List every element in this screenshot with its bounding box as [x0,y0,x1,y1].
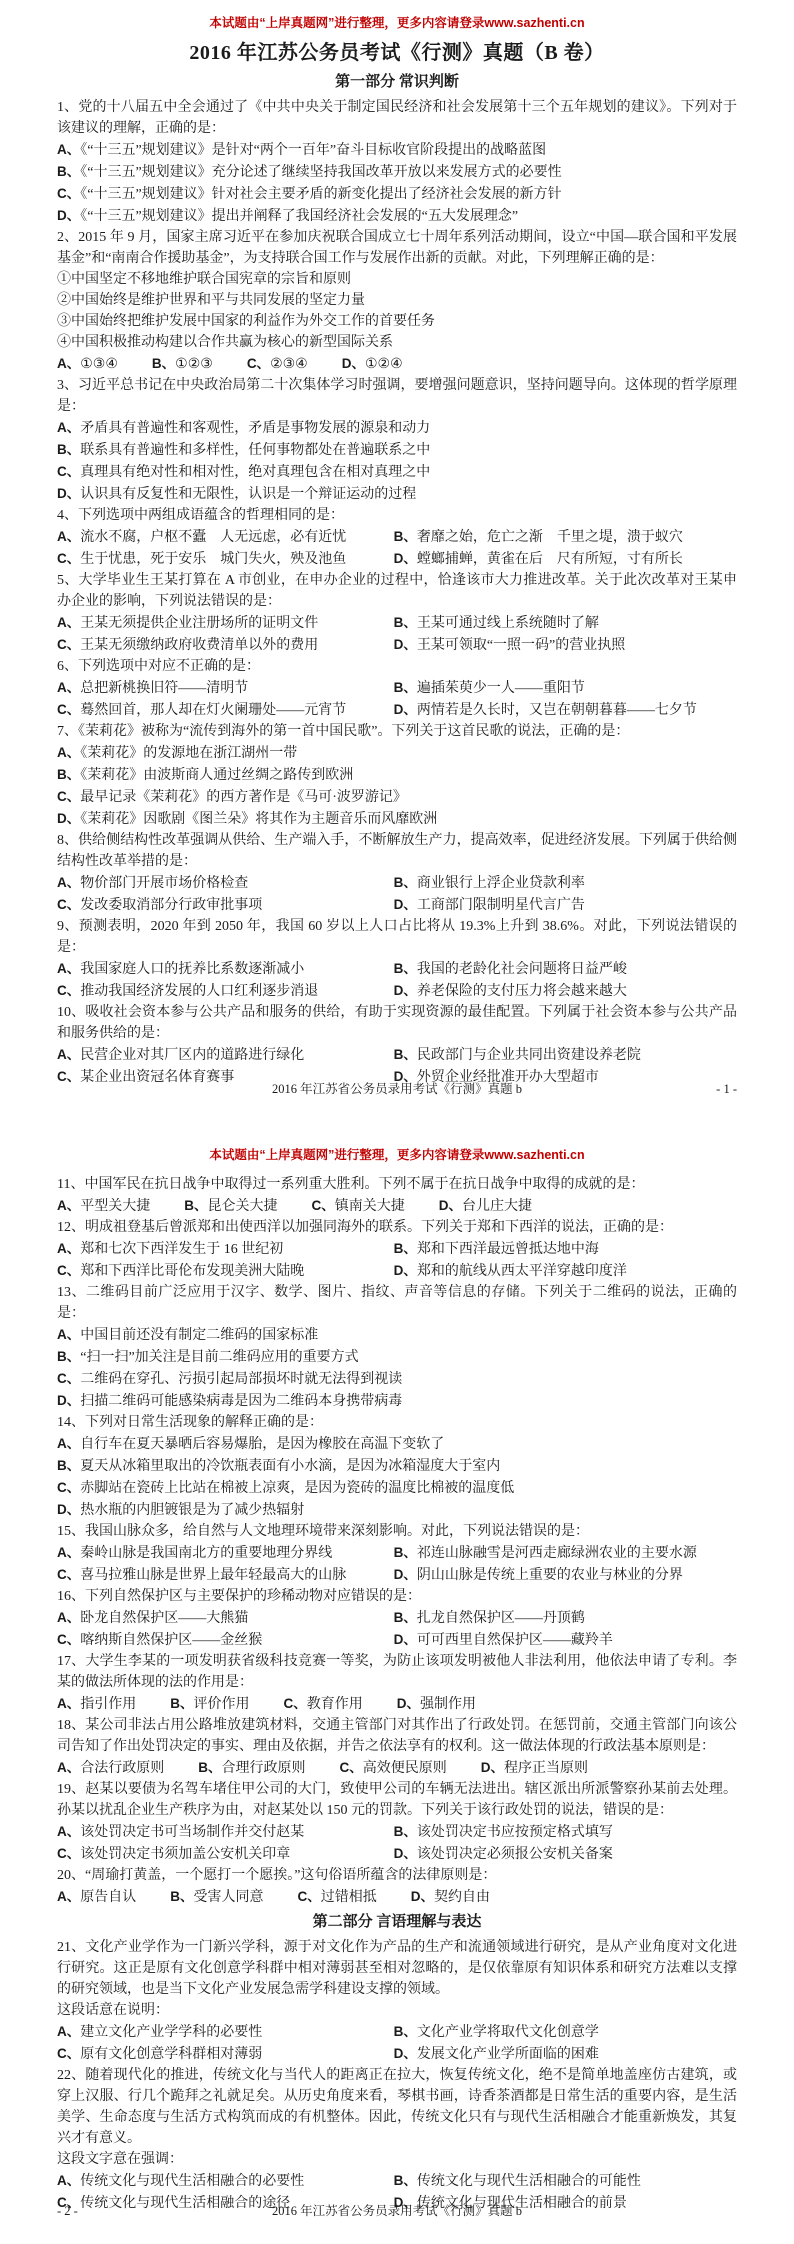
option-text: 传统文化与现代生活相融合的可能性 [417,2174,641,2189]
option-A: A、传统文化与现代生活相融合的必要性 [57,2170,394,2192]
option-B: B、民政部门与企业共同出资建设养老院 [394,1044,737,1066]
option-C: C、最早记录《茉莉花》的西方著作是《马可·波罗游记》 [57,786,737,808]
option-B: B、①②③ [152,353,213,375]
option-label: C、 [57,1263,80,1278]
question-9: 9、预测表明，2020 年到 2050 年，我国 60 岁以上人口占比将从 19… [57,916,737,1002]
question-15: 15、我国山脉众多，给自然与人文地理环境带来深刻影响。对此，下列说法错误的是：A… [57,1521,737,1586]
option-label: A、 [57,356,80,371]
option-label: B、 [394,680,417,695]
option-label: D、 [57,208,80,223]
options: A、《茉莉花》的发源地在浙江湖州一带B、《茉莉花》由波斯商人通过丝绸之路传到欧洲… [57,742,737,830]
option-label: D、 [394,1263,417,1278]
option-label: B、 [57,1349,80,1364]
option-A: A、《茉莉花》的发源地在浙江湖州一带 [57,742,737,764]
question-21: 21、文化产业学作为一门新兴学科，源于对文化作为产品的生产和流通领域进行研究，是… [57,1937,737,2065]
option-text: 教育作用 [307,1697,363,1712]
option-label: A、 [57,1047,80,1062]
option-label: A、 [57,1696,80,1711]
option-B: B、扎龙自然保护区——丹顶鹤 [394,1607,737,1629]
option-text: 过错相抵 [321,1890,377,1905]
option-text: 养老保险的支付压力将会越来越大 [417,984,627,999]
option-C: C、原有文化创意学科群相对薄弱 [57,2043,394,2065]
option-text: 卧龙自然保护区——大熊猫 [80,1611,248,1626]
option-label: B、 [57,767,80,782]
question-stem: 22、随着现代化的推进，传统文化与当代人的距离正在拉大，恢复传统文化，绝不是简单… [57,2065,737,2149]
options: A、中国目前还没有制定二维码的国家标准B、“扫一扫”加关注是目前二维码应用的重要… [57,1324,737,1412]
option-A: A、秦岭山脉是我国南北方的重要地理分界线 [57,1542,394,1564]
option-text: 《“十三五”规划建议》是针对“两个一百年”奋斗目标收官阶段提出的战略蓝图 [80,143,546,158]
option-A: A、自行车在夏天暴晒后容易爆胎，是因为橡胶在高温下变软了 [57,1433,737,1455]
option-D: D、台儿庄大捷 [439,1195,532,1217]
question-stem: 18、某公司非法占用公路堆放建筑材料，交通主管部门对其作出了行政处罚。在惩罚前，… [57,1715,737,1757]
option-B: B、评价作用 [170,1693,249,1715]
option-C: C、喀纳斯自然保护区——金丝猴 [57,1629,394,1651]
option-text: 台儿庄大捷 [462,1199,532,1214]
option-D: D、养老保险的支付压力将会越来越大 [394,980,737,1002]
option-text: 遍插茱萸少一人——重阳节 [417,681,585,696]
option-text: 秦岭山脉是我国南北方的重要地理分界线 [80,1546,332,1561]
option-label: C、 [57,637,80,652]
option-text: 两情若是久长时，又岂在朝朝暮暮——七夕节 [417,703,697,718]
document-title: 2016 年江苏公务员考试《行测》真题（B 卷） [57,38,737,68]
option-label: C、 [57,464,80,479]
option-label: B、 [184,1198,207,1213]
option-text: 商业银行上浮企业贷款利率 [417,876,585,891]
option-label: C、 [247,356,270,371]
options: A、原告自认B、受害人同意C、过错相抵D、契约自由 [57,1886,737,1908]
option-D: D、认识具有反复性和无限性，认识是一个辩证运动的过程 [57,483,737,505]
question-5: 5、大学毕业生王某打算在 A 市创业，在申办企业的过程中，恰逢该市大力推进改革。… [57,570,737,656]
statement-item: ③中国始终把维护发展中国家的利益作为外交工作的首要任务 [57,311,737,332]
option-C: C、镇南关大捷 [312,1195,405,1217]
option-text: 发展文化产业学所面临的困难 [417,2047,599,2062]
option-label: C、 [57,2046,80,2061]
footer-page-number: - 2 - [57,2203,78,2220]
option-text: 民政部门与企业共同出资建设养老院 [417,1048,641,1063]
option-text: 合理行政原则 [222,1761,306,1776]
statement-item: ④中国积极推动构建以合作共赢为核心的新型国际关系 [57,332,737,353]
option-text: 昆仑关大捷 [208,1199,278,1214]
exam-document: 本试题由“上岸真题网”进行整理，更多内容请登录www.sazhenti.cn 2… [0,0,794,2244]
option-text: 我国家庭人口的抚养比系数逐渐减小 [80,962,304,977]
option-label: A、 [57,1889,80,1904]
option-D: D、王某可领取“一照一码”的营业执照 [394,634,737,656]
option-label: B、 [394,1610,417,1625]
option-label: B、 [170,1889,193,1904]
option-C: C、喜马拉雅山脉是世界上最年轻最高大的山脉 [57,1564,394,1586]
footer-document-title: 2016 年江苏省公务员录用考试《行测》真题 b [272,2203,522,2220]
option-label: B、 [152,356,175,371]
option-C: C、二维码在穿孔、污损引起局部损坏时就无法得到视读 [57,1368,737,1390]
option-label: A、 [57,875,80,890]
option-C: C、该处罚决定书须加盖公安机关印章 [57,1843,394,1865]
question-stem: 6、下列选项中对应不正确的是： [57,656,737,677]
option-text: 该处罚决定书须加盖公安机关印章 [80,1847,290,1862]
option-text: ②③④ [270,357,308,372]
option-label: C、 [57,1371,80,1386]
option-A: A、平型关大捷 [57,1195,150,1217]
option-C: C、生于忧患，死于安乐 城门失火，殃及池鱼 [57,548,394,570]
option-text: 最早记录《茉莉花》的西方著作是《马可·波罗游记》 [80,790,407,805]
option-A: A、我国家庭人口的抚养比系数逐渐减小 [57,958,394,980]
option-B: B、奢靡之始，危亡之渐 千里之堤，溃于蚁穴 [394,526,737,548]
option-A: A、王某无须提供企业注册场所的证明文件 [57,612,394,634]
option-text: 二维码在穿孔、污损引起局部损坏时就无法得到视读 [80,1372,402,1387]
option-text: 郑和下西洋比哥伦布发现美洲大陆晚 [80,1264,304,1279]
question-3: 3、习近平总书记在中央政治局第二十次集体学习时强调，要增强问题意识，坚持问题导向… [57,375,737,505]
option-text: 自行车在夏天暴晒后容易爆胎，是因为橡胶在高温下变软了 [80,1437,444,1452]
options: A、王某无须提供企业注册场所的证明文件B、王某可通过线上系统随时了解C、王某无须… [57,612,737,656]
question-lead-in: 这段文字意在强调： [57,2149,737,2170]
option-D: D、强制作用 [397,1693,476,1715]
option-text: 推动我国经济发展的人口红利逐步消退 [80,984,318,999]
option-text: 《茉莉花》由波斯商人通过丝绸之路传到欧洲 [80,768,353,783]
option-label: B、 [394,1047,417,1062]
option-text: 程序正当原则 [504,1761,588,1776]
options: A、秦岭山脉是我国南北方的重要地理分界线B、祁连山脉融雪是河西走廊绿洲农业的主要… [57,1542,737,1586]
option-D: D、程序正当原则 [481,1757,588,1779]
option-label: A、 [57,1327,80,1342]
option-label: C、 [57,551,80,566]
option-label: B、 [57,164,80,179]
option-text: “扫一扫”加关注是目前二维码应用的重要方式 [80,1350,358,1365]
question-stem: 14、下列对日常生活现象的解释正确的是： [57,1412,737,1433]
page-1-footer: 2016 年江苏省公务员录用考试《行测》真题 b - 1 - [57,1081,737,1098]
option-label: D、 [394,702,417,717]
option-text: 阴山山脉是传统上重要的农业与林业的分界 [417,1568,683,1583]
option-A: A、总把新桃换旧符——清明节 [57,677,394,699]
option-text: 认识具有反复性和无限性，认识是一个辩证运动的过程 [80,487,416,502]
option-text: 总把新桃换旧符——清明节 [80,681,248,696]
option-B: B、郑和下西洋最远曾抵达地中海 [394,1238,737,1260]
option-label: B、 [394,875,417,890]
option-text: 扫描二维码可能感染病毒是因为二维码本身携带病毒 [80,1394,402,1409]
option-label: D、 [411,1889,434,1904]
option-B: B、受害人同意 [170,1886,263,1908]
option-D: D、契约自由 [411,1886,490,1908]
option-C: C、真理具有绝对性和相对性，绝对真理包含在相对真理之中 [57,461,737,483]
options: A、物价部门开展市场价格检查B、商业银行上浮企业贷款利率C、发改委取消部分行政审… [57,872,737,916]
option-B: B、“扫一扫”加关注是目前二维码应用的重要方式 [57,1346,737,1368]
option-label: A、 [57,529,80,544]
option-D: D、工商部门限制明星代言广告 [394,894,737,916]
option-label: A、 [57,1824,80,1839]
option-D: D、两情若是久长时，又岂在朝朝暮暮——七夕节 [394,699,737,721]
option-A: A、郑和七次下西洋发生于 16 世纪初 [57,1238,394,1260]
question-stem: 15、我国山脉众多，给自然与人文地理环境带来深刻影响。对此，下列说法错误的是： [57,1521,737,1542]
question-stem: 3、习近平总书记在中央政治局第二十次集体学习时强调，要增强问题意识，坚持问题导向… [57,375,737,417]
question-18: 18、某公司非法占用公路堆放建筑材料，交通主管部门对其作出了行政处罚。在惩罚前，… [57,1715,737,1779]
option-text: 王某可领取“一照一码”的营业执照 [417,638,625,653]
option-text: 指引作用 [80,1697,136,1712]
option-text: 镇南关大捷 [335,1199,405,1214]
option-label: D、 [57,1502,80,1517]
option-label: D、 [394,897,417,912]
option-A: A、卧龙自然保护区——大熊猫 [57,1607,394,1629]
options: A、平型关大捷B、昆仑关大捷C、镇南关大捷D、台儿庄大捷 [57,1195,737,1217]
option-B: B、昆仑关大捷 [184,1195,277,1217]
question-stem: 17、大学生李某的一项发明获省级科技竞赛一等奖，为防止该项发明被他人非法利用，他… [57,1651,737,1693]
option-B: B、联系具有普遍性和多样性，任何事物都处在普遍联系之中 [57,439,737,461]
question-11: 11、中国军民在抗日战争中取得过一系列重大胜利。下列不属于在抗日战争中取得的成就… [57,1174,737,1217]
question-stem: 8、供给侧结构性改革强调从供给、生产端入手，不断解放生产力，提高效率，促进经济发… [57,830,737,872]
option-text: 王某无须缴纳政府收费清单以外的费用 [80,638,318,653]
option-text: ①③④ [80,357,118,372]
option-text: 祁连山脉融雪是河西走廊绿洲农业的主要水源 [417,1546,697,1561]
option-label: D、 [394,637,417,652]
option-A: A、物价部门开展市场价格检查 [57,872,394,894]
option-text: ①②④ [365,357,403,372]
page-2-footer: - 2 - 2016 年江苏省公务员录用考试《行测》真题 b [57,2203,737,2220]
question-17: 17、大学生李某的一项发明获省级科技竞赛一等奖，为防止该项发明被他人非法利用，他… [57,1651,737,1715]
option-label: D、 [394,1632,417,1647]
option-text: 强制作用 [420,1697,476,1712]
option-text: 王某无须提供企业注册场所的证明文件 [80,616,318,631]
option-text: 传统文化与现代生活相融合的必要性 [80,2174,304,2189]
option-A: A、建立文化产业学学科的必要性 [57,2021,394,2043]
option-text: 夏天从冰箱里取出的冷饮瓶表面有小水滴，是因为冰箱湿度大于室内 [80,1459,500,1474]
option-C: C、发改委取消部分行政审批事项 [57,894,394,916]
option-label: A、 [57,420,80,435]
question-8: 8、供给侧结构性改革强调从供给、生产端入手，不断解放生产力，提高效率，促进经济发… [57,830,737,916]
option-A: A、指引作用 [57,1693,136,1715]
option-A: A、该处罚决定书可当场制作并交付赵某 [57,1821,394,1843]
option-C: C、蓦然回首，那人却在灯火阑珊处——元宵节 [57,699,394,721]
options: A、矛盾具有普遍性和客观性，矛盾是事物发展的源泉和动力B、联系具有普遍性和多样性… [57,417,737,505]
option-label: D、 [394,983,417,998]
option-A: A、原告自认 [57,1886,136,1908]
watermark-notice: 本试题由“上岸真题网”进行整理，更多内容请登录www.sazhenti.cn [57,1147,737,1164]
options: A、《“十三五”规划建议》是针对“两个一百年”奋斗目标收官阶段提出的战略蓝图B、… [57,139,737,227]
option-text: 民营企业对其厂区内的道路进行绿化 [80,1048,304,1063]
option-B: B、商业银行上浮企业贷款利率 [394,872,737,894]
option-text: 奢靡之始，危亡之渐 千里之堤，溃于蚁穴 [417,530,683,545]
option-label: C、 [57,186,80,201]
options: A、①③④B、①②③C、②③④D、①②④ [57,353,737,375]
option-D: D、郑和的航线从西太平洋穿越印度洋 [394,1260,737,1282]
option-label: B、 [57,442,80,457]
option-text: 评价作用 [194,1697,250,1712]
option-A: A、①③④ [57,353,118,375]
option-D: D、①②④ [342,353,403,375]
question-stem: 7、《茉莉花》被称为“流传到海外的第一首中国民歌”。下列关于这首民歌的说法，正确… [57,721,737,742]
option-text: 文化产业学将取代文化创意学 [417,2025,599,2040]
option-text: 我国的老龄化社会问题将日益严峻 [417,962,627,977]
option-label: C、 [57,983,80,998]
option-label: D、 [394,551,417,566]
watermark-notice: 本试题由“上岸真题网”进行整理，更多内容请登录www.sazhenti.cn [57,15,737,32]
option-text: 王某可通过线上系统随时了解 [417,616,599,631]
option-text: 生于忧患，死于安乐 城门失火，殃及池鱼 [80,552,346,567]
option-text: 受害人同意 [194,1890,264,1905]
option-label: A、 [57,1760,80,1775]
option-text: 合法行政原则 [80,1761,164,1776]
option-text: 矛盾具有普遍性和客观性，矛盾是事物发展的源泉和动力 [80,421,430,436]
question-10: 10、吸收社会资本参与公共产品和服务的供给，有助于实现资源的最佳配置。下列属于社… [57,1002,737,1088]
option-label: C、 [57,1632,80,1647]
option-label: C、 [284,1696,307,1711]
question-13: 13、二维码目前广泛应用于汉字、数学、图片、指纹、声音等信息的存储。下列关于二维… [57,1282,737,1412]
options: A、总把新桃换旧符——清明节B、遍插茱萸少一人——重阳节C、蓦然回首，那人却在灯… [57,677,737,721]
option-C: C、推动我国经济发展的人口红利逐步消退 [57,980,394,1002]
option-text: 该处罚决定必须报公安机关备案 [417,1847,613,1862]
option-D: D、发展文化产业学所面临的困难 [394,2043,737,2065]
options: A、我国家庭人口的抚养比系数逐渐减小B、我国的老龄化社会问题将日益严峻C、推动我… [57,958,737,1002]
question-16: 16、下列自然保护区与主要保护的珍稀动物对应错误的是：A、卧龙自然保护区——大熊… [57,1586,737,1651]
option-text: 真理具有绝对性和相对性，绝对真理包含在相对真理之中 [80,465,430,480]
page-2: 本试题由“上岸真题网”进行整理，更多内容请登录www.sazhenti.cn 1… [0,1122,794,2244]
option-D: D、可可西里自然保护区——藏羚羊 [394,1629,737,1651]
option-label: B、 [394,961,417,976]
option-label: C、 [57,1567,80,1582]
option-label: D、 [481,1760,504,1775]
footer-document-title: 2016 年江苏省公务员录用考试《行测》真题 b [272,1081,522,1098]
options: A、建立文化产业学学科的必要性B、文化产业学将取代文化创意学C、原有文化创意学科… [57,2021,737,2065]
option-label: C、 [298,1889,321,1904]
option-text: ①②③ [175,357,213,372]
footer-page-number: - 1 - [716,1081,737,1098]
option-text: 《“十三五”规划建议》针对社会主要矛盾的新变化提出了经济社会发展的新方针 [80,187,561,202]
options: A、郑和七次下西洋发生于 16 世纪初B、郑和下西洋最远曾抵达地中海C、郑和下西… [57,1238,737,1282]
section-heading: 第一部分 常识判断 [57,70,737,94]
question-6: 6、下列选项中对应不正确的是：A、总把新桃换旧符——清明节B、遍插茱萸少一人——… [57,656,737,721]
option-D: D、《茉莉花》因歌剧《图兰朵》将其作为主题音乐而风靡欧洲 [57,808,737,830]
question-stem: 13、二维码目前广泛应用于汉字、数学、图片、指纹、声音等信息的存储。下列关于二维… [57,1282,737,1324]
option-label: B、 [394,615,417,630]
statement-item: ①中国坚定不移地维护联合国宪章的宗旨和原则 [57,269,737,290]
option-label: B、 [394,529,417,544]
option-label: C、 [340,1760,363,1775]
option-text: 建立文化产业学学科的必要性 [80,2025,262,2040]
option-label: A、 [57,961,80,976]
option-label: A、 [57,1610,80,1625]
question-stem: 9、预测表明，2020 年到 2050 年，我国 60 岁以上人口占比将从 19… [57,916,737,958]
option-label: B、 [394,1241,417,1256]
option-text: 该处罚决定书可当场制作并交付赵某 [80,1825,304,1840]
option-B: B、我国的老龄化社会问题将日益严峻 [394,958,737,980]
option-B: B、夏天从冰箱里取出的冷饮瓶表面有小水滴，是因为冰箱湿度大于室内 [57,1455,737,1477]
option-label: D、 [57,486,80,501]
option-text: 郑和七次下西洋发生于 16 世纪初 [80,1242,283,1257]
question-1: 1、党的十八届五中全会通过了《中共中央关于制定国民经济和社会发展第十三个五年规划… [57,97,737,227]
option-text: 契约自由 [434,1890,490,1905]
question-stem: 5、大学毕业生王某打算在 A 市创业，在申办企业的过程中，恰逢该市大力推进改革。… [57,570,737,612]
option-text: 喀纳斯自然保护区——金丝猴 [80,1633,262,1648]
option-text: 联系具有普遍性和多样性，任何事物都处在普遍联系之中 [80,443,430,458]
option-text: 工商部门限制明星代言广告 [417,898,585,913]
option-text: 《茉莉花》的发源地在浙江湖州一带 [80,746,297,761]
option-B: B、《“十三五”规划建议》充分论述了继续坚持我国改革开放以来发展方式的必要性 [57,161,737,183]
option-D: D、扫描二维码可能感染病毒是因为二维码本身携带病毒 [57,1390,737,1412]
option-label: A、 [57,2173,80,2188]
option-label: B、 [394,2173,417,2188]
option-B: B、《茉莉花》由波斯商人通过丝绸之路传到欧洲 [57,764,737,786]
section-heading: 第二部分 言语理解与表达 [57,1910,737,1934]
option-label: C、 [57,1480,80,1495]
question-20: 20、“周瑜打黄盖，一个愿打一个愿挨。”这句俗语所蕴含的法律原则是：A、原告自认… [57,1865,737,1908]
option-A: A、合法行政原则 [57,1757,164,1779]
option-C: C、王某无须缴纳政府收费清单以外的费用 [57,634,394,656]
option-A: A、中国目前还没有制定二维码的国家标准 [57,1324,737,1346]
option-text: 郑和的航线从西太平洋穿越印度洋 [417,1264,627,1279]
option-label: C、 [57,789,80,804]
option-text: 热水瓶的内胆镀银是为了减少热辐射 [80,1503,304,1518]
option-label: D、 [394,1846,417,1861]
option-text: 发改委取消部分行政审批事项 [80,898,262,913]
option-label: A、 [57,680,80,695]
question-stem: 4、下列选项中两组成语蕴含的哲理相同的是： [57,505,737,526]
option-label: A、 [57,1198,80,1213]
option-text: 《“十三五”规划建议》充分论述了继续坚持我国改革开放以来发展方式的必要性 [80,165,561,180]
page-1: 本试题由“上岸真题网”进行整理，更多内容请登录www.sazhenti.cn 2… [0,0,794,1122]
option-B: B、该处罚决定书应按预定格式填写 [394,1821,737,1843]
question-4: 4、下列选项中两组成语蕴含的哲理相同的是：A、流水不腐，户枢不蠹 人无远虑，必有… [57,505,737,570]
option-label: A、 [57,142,80,157]
option-label: B、 [170,1696,193,1711]
option-text: 该处罚决定书应按预定格式填写 [417,1825,613,1840]
option-text: 原有文化创意学科群相对薄弱 [80,2047,262,2062]
option-text: 可可西里自然保护区——藏羚羊 [417,1633,613,1648]
option-D: D、螳螂捕蝉，黄雀在后 尺有所短，寸有所长 [394,548,737,570]
option-C: C、教育作用 [284,1693,363,1715]
option-B: B、王某可通过线上系统随时了解 [394,612,737,634]
option-C: C、过错相抵 [298,1886,377,1908]
option-B: B、传统文化与现代生活相融合的可能性 [394,2170,737,2192]
question-lead-in: 这段话意在说明： [57,2000,737,2021]
page-2-content: 11、中国军民在抗日战争中取得过一系列重大胜利。下列不属于在抗日战争中取得的成就… [57,1174,737,2214]
option-label: D、 [439,1198,462,1213]
option-label: D、 [57,1393,80,1408]
question-22: 22、随着现代化的推进，传统文化与当代人的距离正在拉大，恢复传统文化，绝不是简单… [57,2065,737,2214]
option-label: B、 [394,1824,417,1839]
question-stem: 21、文化产业学作为一门新兴学科，源于对文化作为产品的生产和流通领域进行研究，是… [57,1937,737,2000]
option-label: B、 [57,1458,80,1473]
option-A: A、民营企业对其厂区内的道路进行绿化 [57,1044,394,1066]
option-D: D、热水瓶的内胆镀银是为了减少热辐射 [57,1499,737,1521]
question-stem: 1、党的十八届五中全会通过了《中共中央关于制定国民经济和社会发展第十三个五年规划… [57,97,737,139]
option-label: D、 [397,1696,420,1711]
option-text: 喜马拉雅山脉是世界上最年轻最高大的山脉 [80,1568,346,1583]
option-C: C、高效便民原则 [340,1757,447,1779]
option-C: C、②③④ [247,353,308,375]
page-1-content: 第一部分 常识判断1、党的十八届五中全会通过了《中共中央关于制定国民经济和社会发… [57,70,737,1088]
question-stem: 16、下列自然保护区与主要保护的珍稀动物对应错误的是： [57,1586,737,1607]
option-text: 中国目前还没有制定二维码的国家标准 [80,1328,318,1343]
option-text: 物价部门开展市场价格检查 [80,876,248,891]
option-text: 高效便民原则 [363,1761,447,1776]
question-12: 12、明成祖登基后曾派郑和出使西洋以加强同海外的联系。下列关于郑和下西洋的说法，… [57,1217,737,1282]
question-stem: 20、“周瑜打黄盖，一个愿打一个愿挨。”这句俗语所蕴含的法律原则是： [57,1865,737,1886]
option-D: D、阴山山脉是传统上重要的农业与林业的分界 [394,1564,737,1586]
option-A: A、矛盾具有普遍性和客观性，矛盾是事物发展的源泉和动力 [57,417,737,439]
option-text: 原告自认 [80,1890,136,1905]
question-stem: 11、中国军民在抗日战争中取得过一系列重大胜利。下列不属于在抗日战争中取得的成就… [57,1174,737,1195]
option-label: B、 [394,1545,417,1560]
question-stem: 19、赵某以要债为名驾车堵住甲公司的大门，致使甲公司的车辆无法进出。辖区派出所派… [57,1779,737,1821]
options: A、指引作用B、评价作用C、教育作用D、强制作用 [57,1693,737,1715]
option-label: C、 [312,1198,335,1213]
question-stem: 12、明成祖登基后曾派郑和出使西洋以加强同海外的联系。下列关于郑和下西洋的说法，… [57,1217,737,1238]
option-text: 《“十三五”规划建议》提出并阐释了我国经济社会发展的“五大发展理念” [80,209,518,224]
option-text: 扎龙自然保护区——丹顶鹤 [417,1611,585,1626]
option-A: A、《“十三五”规划建议》是针对“两个一百年”奋斗目标收官阶段提出的战略蓝图 [57,139,737,161]
option-C: C、赤脚站在瓷砖上比站在棉被上凉爽，是因为瓷砖的温度比棉被的温度低 [57,1477,737,1499]
option-label: A、 [57,615,80,630]
option-label: D、 [394,2046,417,2061]
options: A、自行车在夏天暴晒后容易爆胎，是因为橡胶在高温下变软了B、夏天从冰箱里取出的冷… [57,1433,737,1521]
option-D: D、该处罚决定必须报公安机关备案 [394,1843,737,1865]
option-text: 平型关大捷 [80,1199,150,1214]
